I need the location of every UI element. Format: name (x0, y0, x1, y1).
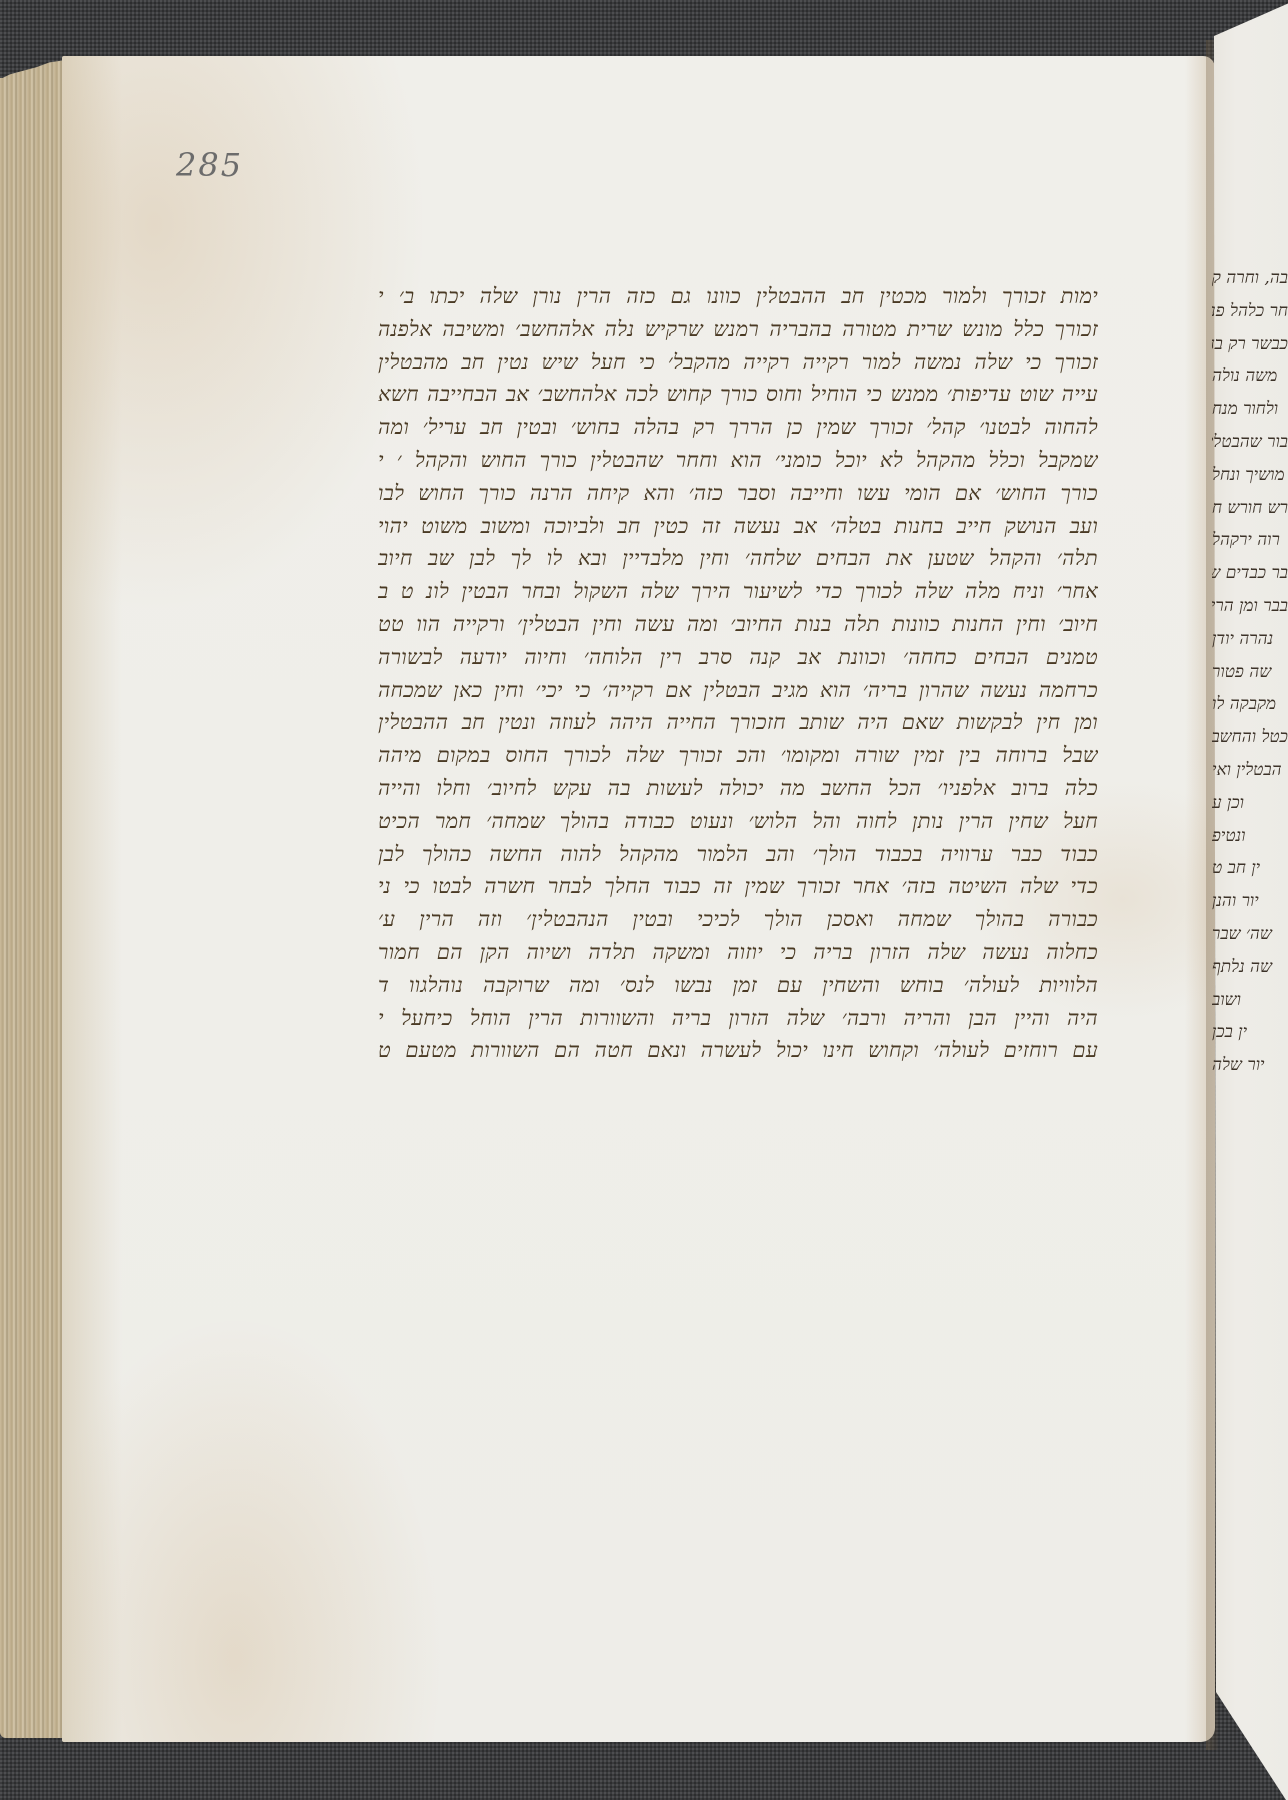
facing-page-text: בה, וחרה קךחר כלהל פנטיןכבשר רק בחושמשה … (1212, 262, 1288, 1082)
text-line: כבוד כבר ערוויה בכבוד הולך׳ והב הלמור מה… (378, 838, 1098, 871)
text-line: אחר׳ וניח מלה שלה לכורך כדי לשיעור הירך … (378, 575, 1098, 608)
facing-text-line: בר כבדים שבי (1212, 557, 1288, 590)
text-line: כורך החוש׳ אם הומי עשו וחייבה וסבר כזה׳ … (378, 477, 1098, 510)
text-line: להחוה לבטנו׳ קהל׳ זכורך שמין כן הררך רק … (378, 411, 1098, 444)
facing-text-line: משה נולה (1212, 360, 1288, 393)
text-line: עם רוחזים לעולה׳ וקחוש חינו יכול לעשרה ו… (378, 1034, 1098, 1067)
facing-text-line: בבר ומן הרין (1212, 590, 1288, 623)
facing-text-line: ולחור מנח (1212, 393, 1288, 426)
text-line: שמקבל וכלל מהקהל לא יוכל כומני׳ הוא וחחר… (378, 444, 1098, 477)
facing-text-line: מושיך ונחל (1212, 459, 1288, 492)
facing-text-line: ושוב (1212, 984, 1288, 1017)
facing-text-line: ין חב ט (1212, 852, 1288, 885)
facing-text-line: יור והנן (1212, 885, 1288, 918)
text-line: ימות זכורך ולמור מכטין חב ההבטלין כוונו … (378, 280, 1098, 313)
facing-text-line: כבשר רק בחוש (1212, 328, 1288, 361)
text-line: ומן חין לבקשות שאם היה שותב חזכורך החייה… (378, 706, 1098, 739)
text-line: כבורה בהולך שמחה ואסכן הולך לכיכי ובטין … (378, 903, 1098, 936)
facing-text-line: ונטיפ (1212, 820, 1288, 853)
text-line: כחלוה נעשה שלה הזרון בריה כי יוזוה ומשקה… (378, 936, 1098, 969)
text-line: ועב הנושק חייב בחנות בטלה׳ אב נעשה זה כט… (378, 510, 1098, 543)
facing-text-line: שה פטור (1212, 656, 1288, 689)
facing-text-line: רש חורש חב (1212, 492, 1288, 525)
text-line: זכורך כלל מונש שרית מטורה בהבריה רמנש שר… (378, 313, 1098, 346)
text-line: טמנים הבחים כחחה׳ וכוונת אב קנה סרב רין … (378, 641, 1098, 674)
facing-text-line: יור שלה (1212, 1049, 1288, 1082)
facing-text-line: כטל והחשב (1212, 721, 1288, 754)
facing-text-line: ין בכן (1212, 1016, 1288, 1049)
facing-text-line: הבטלין ואי (1212, 754, 1288, 787)
text-line: חיוב׳ וחין החנות כוונות תלה בנות החיוב׳ … (378, 608, 1098, 641)
main-text-block: ימות זכורך ולמור מכטין חב ההבטלין כוונו … (378, 280, 1098, 1067)
facing-text-line: בה, וחרה קך (1212, 262, 1288, 295)
facing-text-line: רוה ירקהל (1212, 524, 1288, 557)
text-line: היה והיין הבן והריה ורבה׳ שלה הזרון בריה… (378, 1002, 1098, 1035)
text-line: תלה׳ והקהל שטען את הבחים שלחה׳ וחין מלבד… (378, 542, 1098, 575)
text-line: כלה ברוב אלפניו׳ הכל החשב מה יכולה לעשות… (378, 772, 1098, 805)
text-line: שבל ברוחה בין זמין שורה ומקומו׳ והכ זכור… (378, 739, 1098, 772)
facing-text-line: שה נלתף (1212, 951, 1288, 984)
facing-text-line: בור שהבטלין (1212, 426, 1288, 459)
facing-text-line: וכן ע (1212, 787, 1288, 820)
text-line: זכורך כי שלה נמשה למור רקייה רקייה מהקבל… (378, 346, 1098, 379)
facing-text-line: חר כלהל פנטין (1212, 295, 1288, 328)
text-line: כדי שלה השיטה בזה׳ אחר זכורך שמין זה כבו… (378, 870, 1098, 903)
text-line: כרחמה נעשה שהרון בריה׳ הוא מגיב הבטלין א… (378, 674, 1098, 707)
folio-number: 285 (176, 146, 243, 184)
facing-text-line: מקבקה לו (1212, 688, 1288, 721)
page-edges-stack (0, 78, 66, 1738)
facing-text-line: נהרה יודן (1212, 623, 1288, 656)
text-line: חעל שחין הרין נותן לחוה והל הלוש׳ ונעוט … (378, 805, 1098, 838)
text-line: הלוויות לעולה׳ בוחש והשחין עם זמן נבשו ל… (378, 969, 1098, 1002)
text-line: עייה שוט עדיפות׳ ממנש כי הוחיל וחוס כורך… (378, 378, 1098, 411)
facing-text-line: שה׳ שבר (1212, 918, 1288, 951)
